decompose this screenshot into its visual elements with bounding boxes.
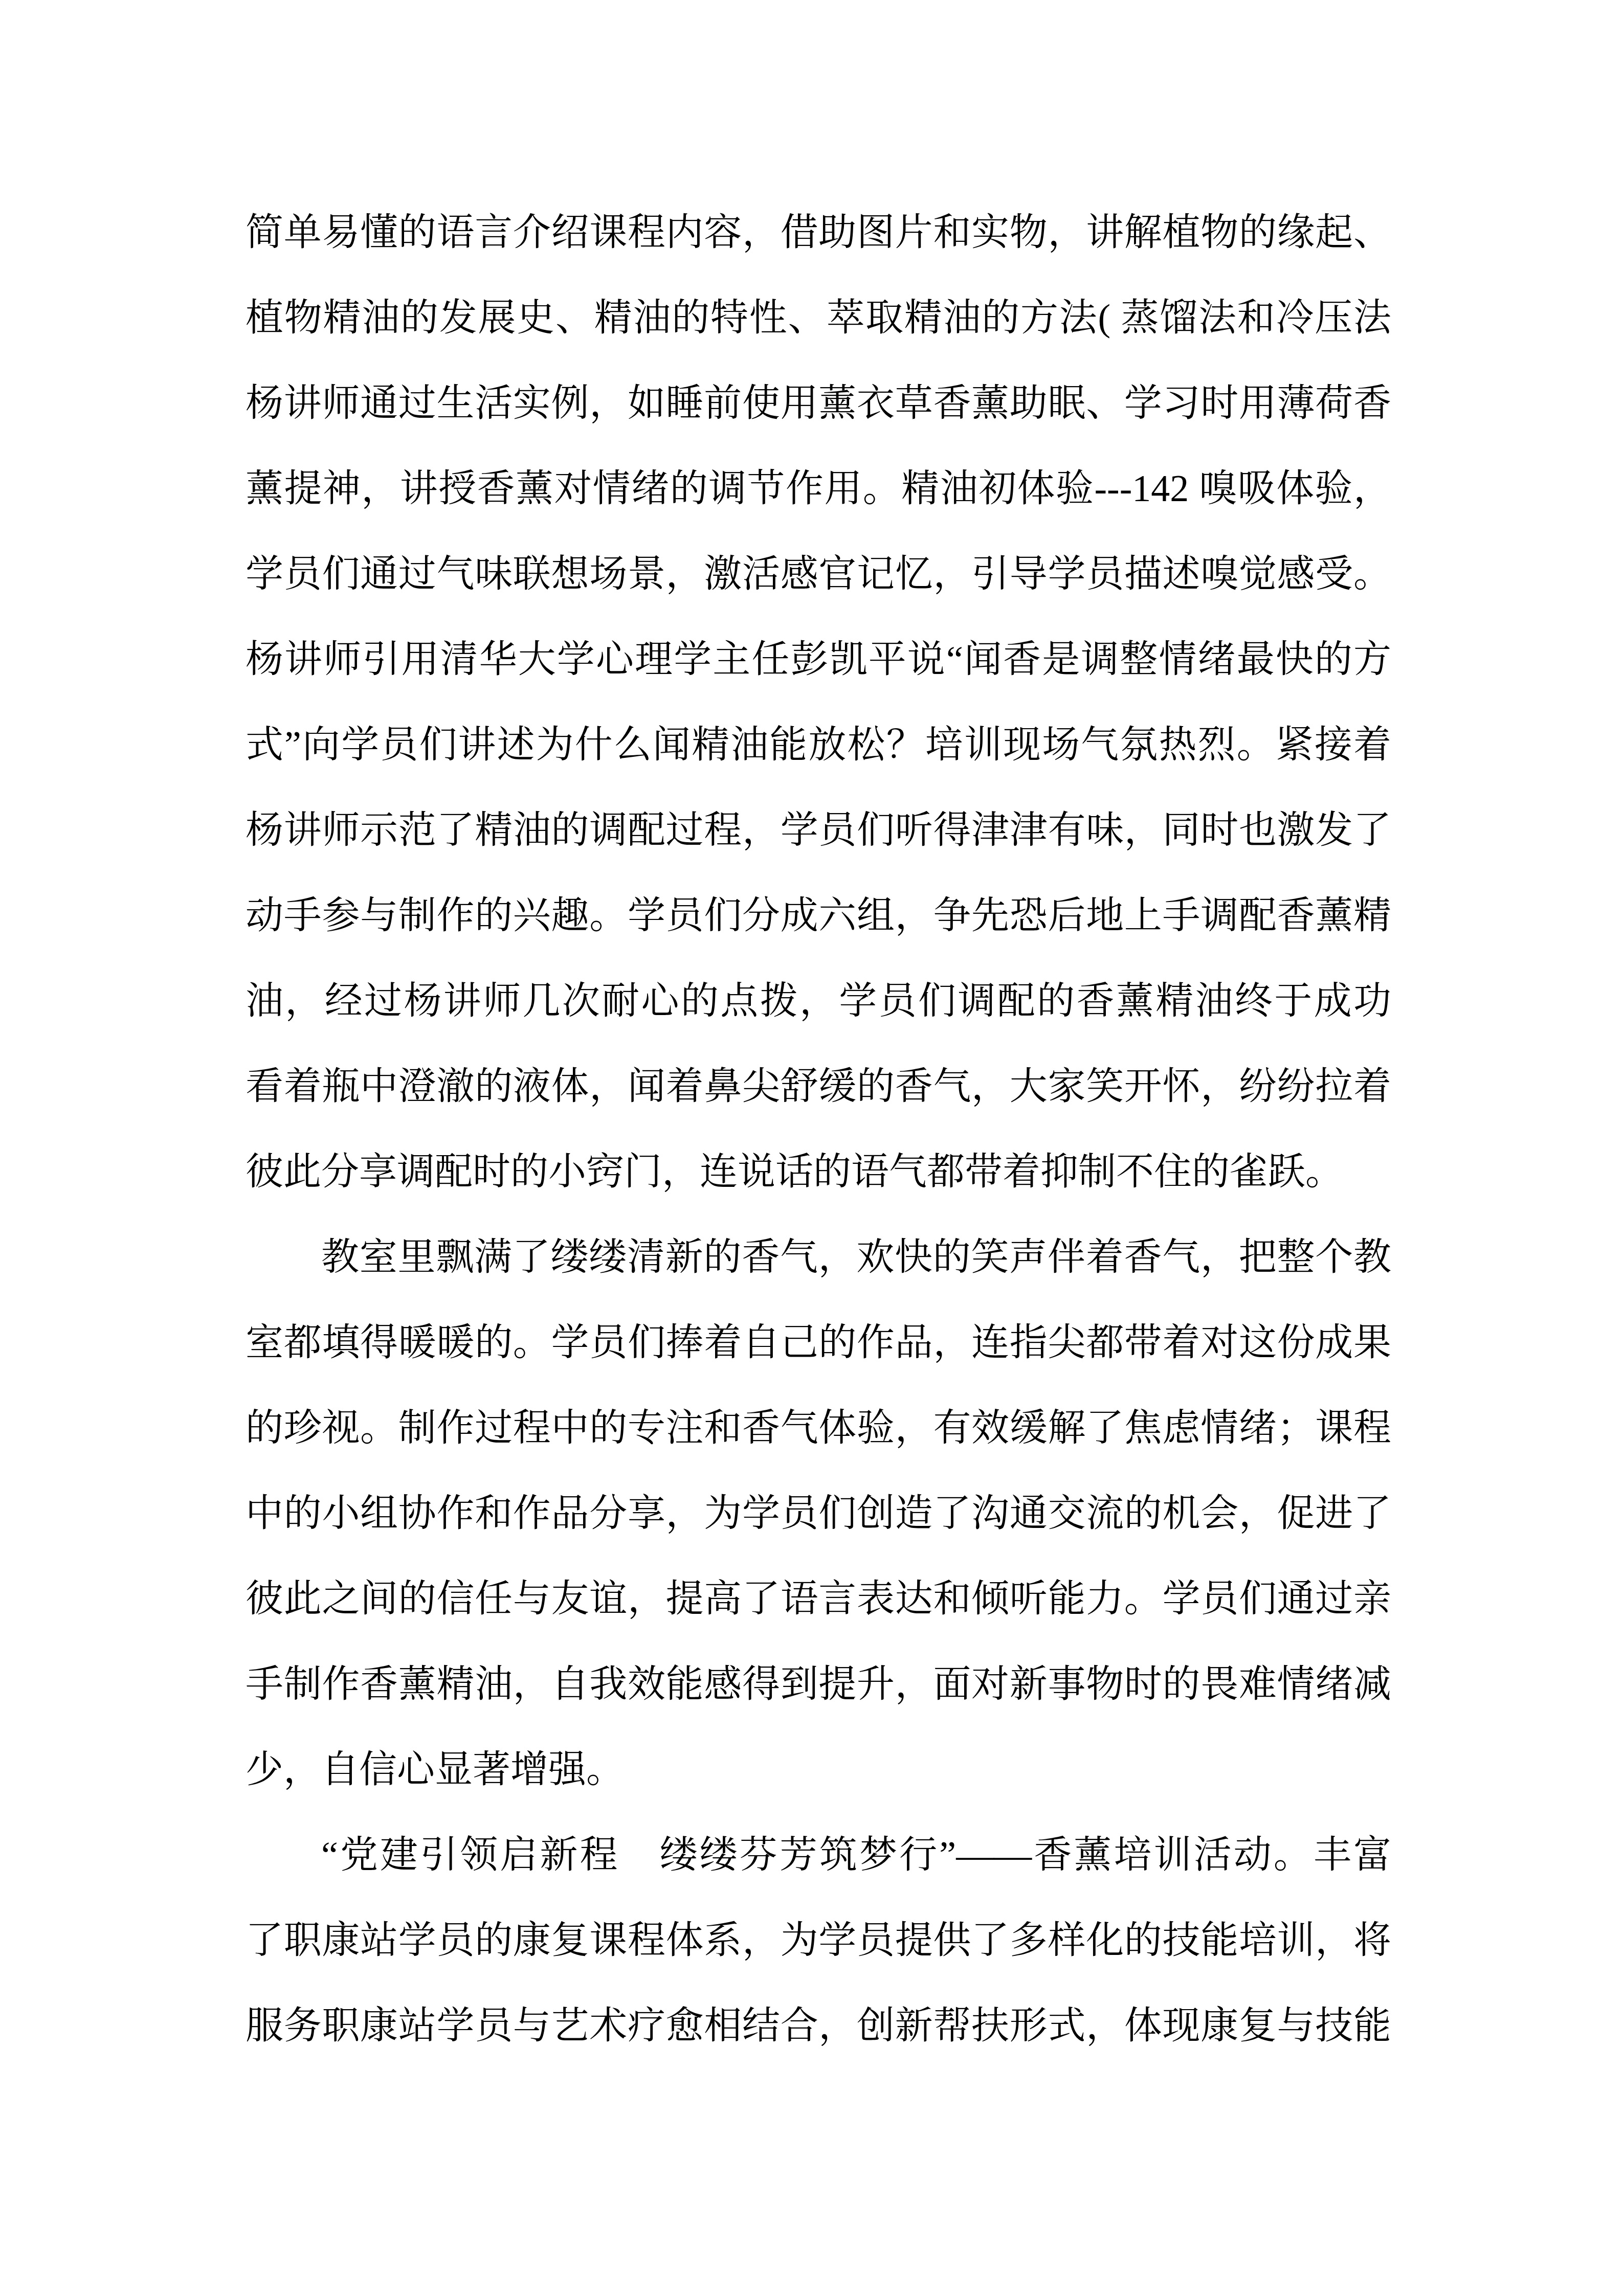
- text-line: 杨讲师示范了精油的调配过程，学员们听得津津有味，同时也激发了: [246, 788, 1391, 873]
- text-line: 教室里飘满了缕缕清新的香气，欢快的笑声伴着香气，把整个教: [246, 1215, 1391, 1300]
- text-line: 看着瓶中澄澈的液体，闻着鼻尖舒缓的香气，大家笑开怀，纷纷拉着: [246, 1044, 1391, 1130]
- paragraph-2: 教室里飘满了缕缕清新的香气，欢快的笑声伴着香气，把整个教 室都填得暖暖的。学员们…: [246, 1215, 1391, 1813]
- text-line: 少，自信心显著增强。: [246, 1727, 1391, 1813]
- text-line: 简单易懂的语言介绍课程内容，借助图片和实物，讲解植物的缘起、: [246, 190, 1391, 276]
- paragraph-3: “党建引领启新程 缕缕芬芳筑梦行”——香薰培训活动。丰富 了职康站学员的康复课程…: [246, 1813, 1391, 2069]
- text-line: 学员们通过气味联想场景，激活感官记忆，引导学员描述嗅觉感受。: [246, 532, 1391, 617]
- text-line: “党建引领启新程 缕缕芬芳筑梦行”——香薰培训活动。丰富: [246, 1813, 1391, 1898]
- document-page: 简单易懂的语言介绍课程内容，借助图片和实物，讲解植物的缘起、 植物精油的发展史、…: [0, 0, 1624, 2296]
- text-line: 杨讲师引用清华大学心理学主任彭凯平说“闻香是调整情绪最快的方: [246, 617, 1391, 703]
- text-line: 式”向学员们讲述为什么闻精油能放松？培训现场气氛热烈。紧接着: [246, 703, 1391, 788]
- text-line: 植物精油的发展史、精油的特性、萃取精油的方法( 蒸馏法和冷压法 );: [246, 276, 1391, 361]
- text-line: 动手参与制作的兴趣。学员们分成六组，争先恐后地上手调配香薰精: [246, 873, 1391, 959]
- page-body-text: 简单易懂的语言介绍课程内容，借助图片和实物，讲解植物的缘起、 植物精油的发展史、…: [246, 190, 1391, 2069]
- text-line: 了职康站学员的康复课程体系，为学员提供了多样化的技能培训，将: [246, 1898, 1391, 1984]
- paragraph-1: 简单易懂的语言介绍课程内容，借助图片和实物，讲解植物的缘起、 植物精油的发展史、…: [246, 190, 1391, 1215]
- text-line: 中的小组协作和作品分享，为学员们创造了沟通交流的机会，促进了: [246, 1471, 1391, 1557]
- text-line: 彼此分享调配时的小窍门，连说话的语气都带着抑制不住的雀跃。: [246, 1130, 1391, 1215]
- text-line: 彼此之间的信任与友谊，提高了语言表达和倾听能力。学员们通过亲: [246, 1557, 1391, 1642]
- text-line: 手制作香薰精油，自我效能感得到提升，面对新事物时的畏难情绪减: [246, 1642, 1391, 1727]
- text-line: 薰提神，讲授香薰对情绪的调节作用。精油初体验---142 嗅吸体验，: [246, 446, 1391, 532]
- text-line: 室都填得暖暖的。学员们捧着自己的作品，连指尖都带着对这份成果: [246, 1300, 1391, 1386]
- text-line: 服务职康站学员与艺术疗愈相结合，创新帮扶形式，体现康复与技能: [246, 1984, 1391, 2069]
- text-line: 的珍视。制作过程中的专注和香气体验，有效缓解了焦虑情绪；课程: [246, 1386, 1391, 1471]
- text-line: 油，经过杨讲师几次耐心的点拨，学员们调配的香薰精油终于成功了。: [246, 959, 1391, 1044]
- text-line: 杨讲师通过生活实例，如睡前使用薰衣草香薰助眠、学习时用薄荷香: [246, 361, 1391, 446]
